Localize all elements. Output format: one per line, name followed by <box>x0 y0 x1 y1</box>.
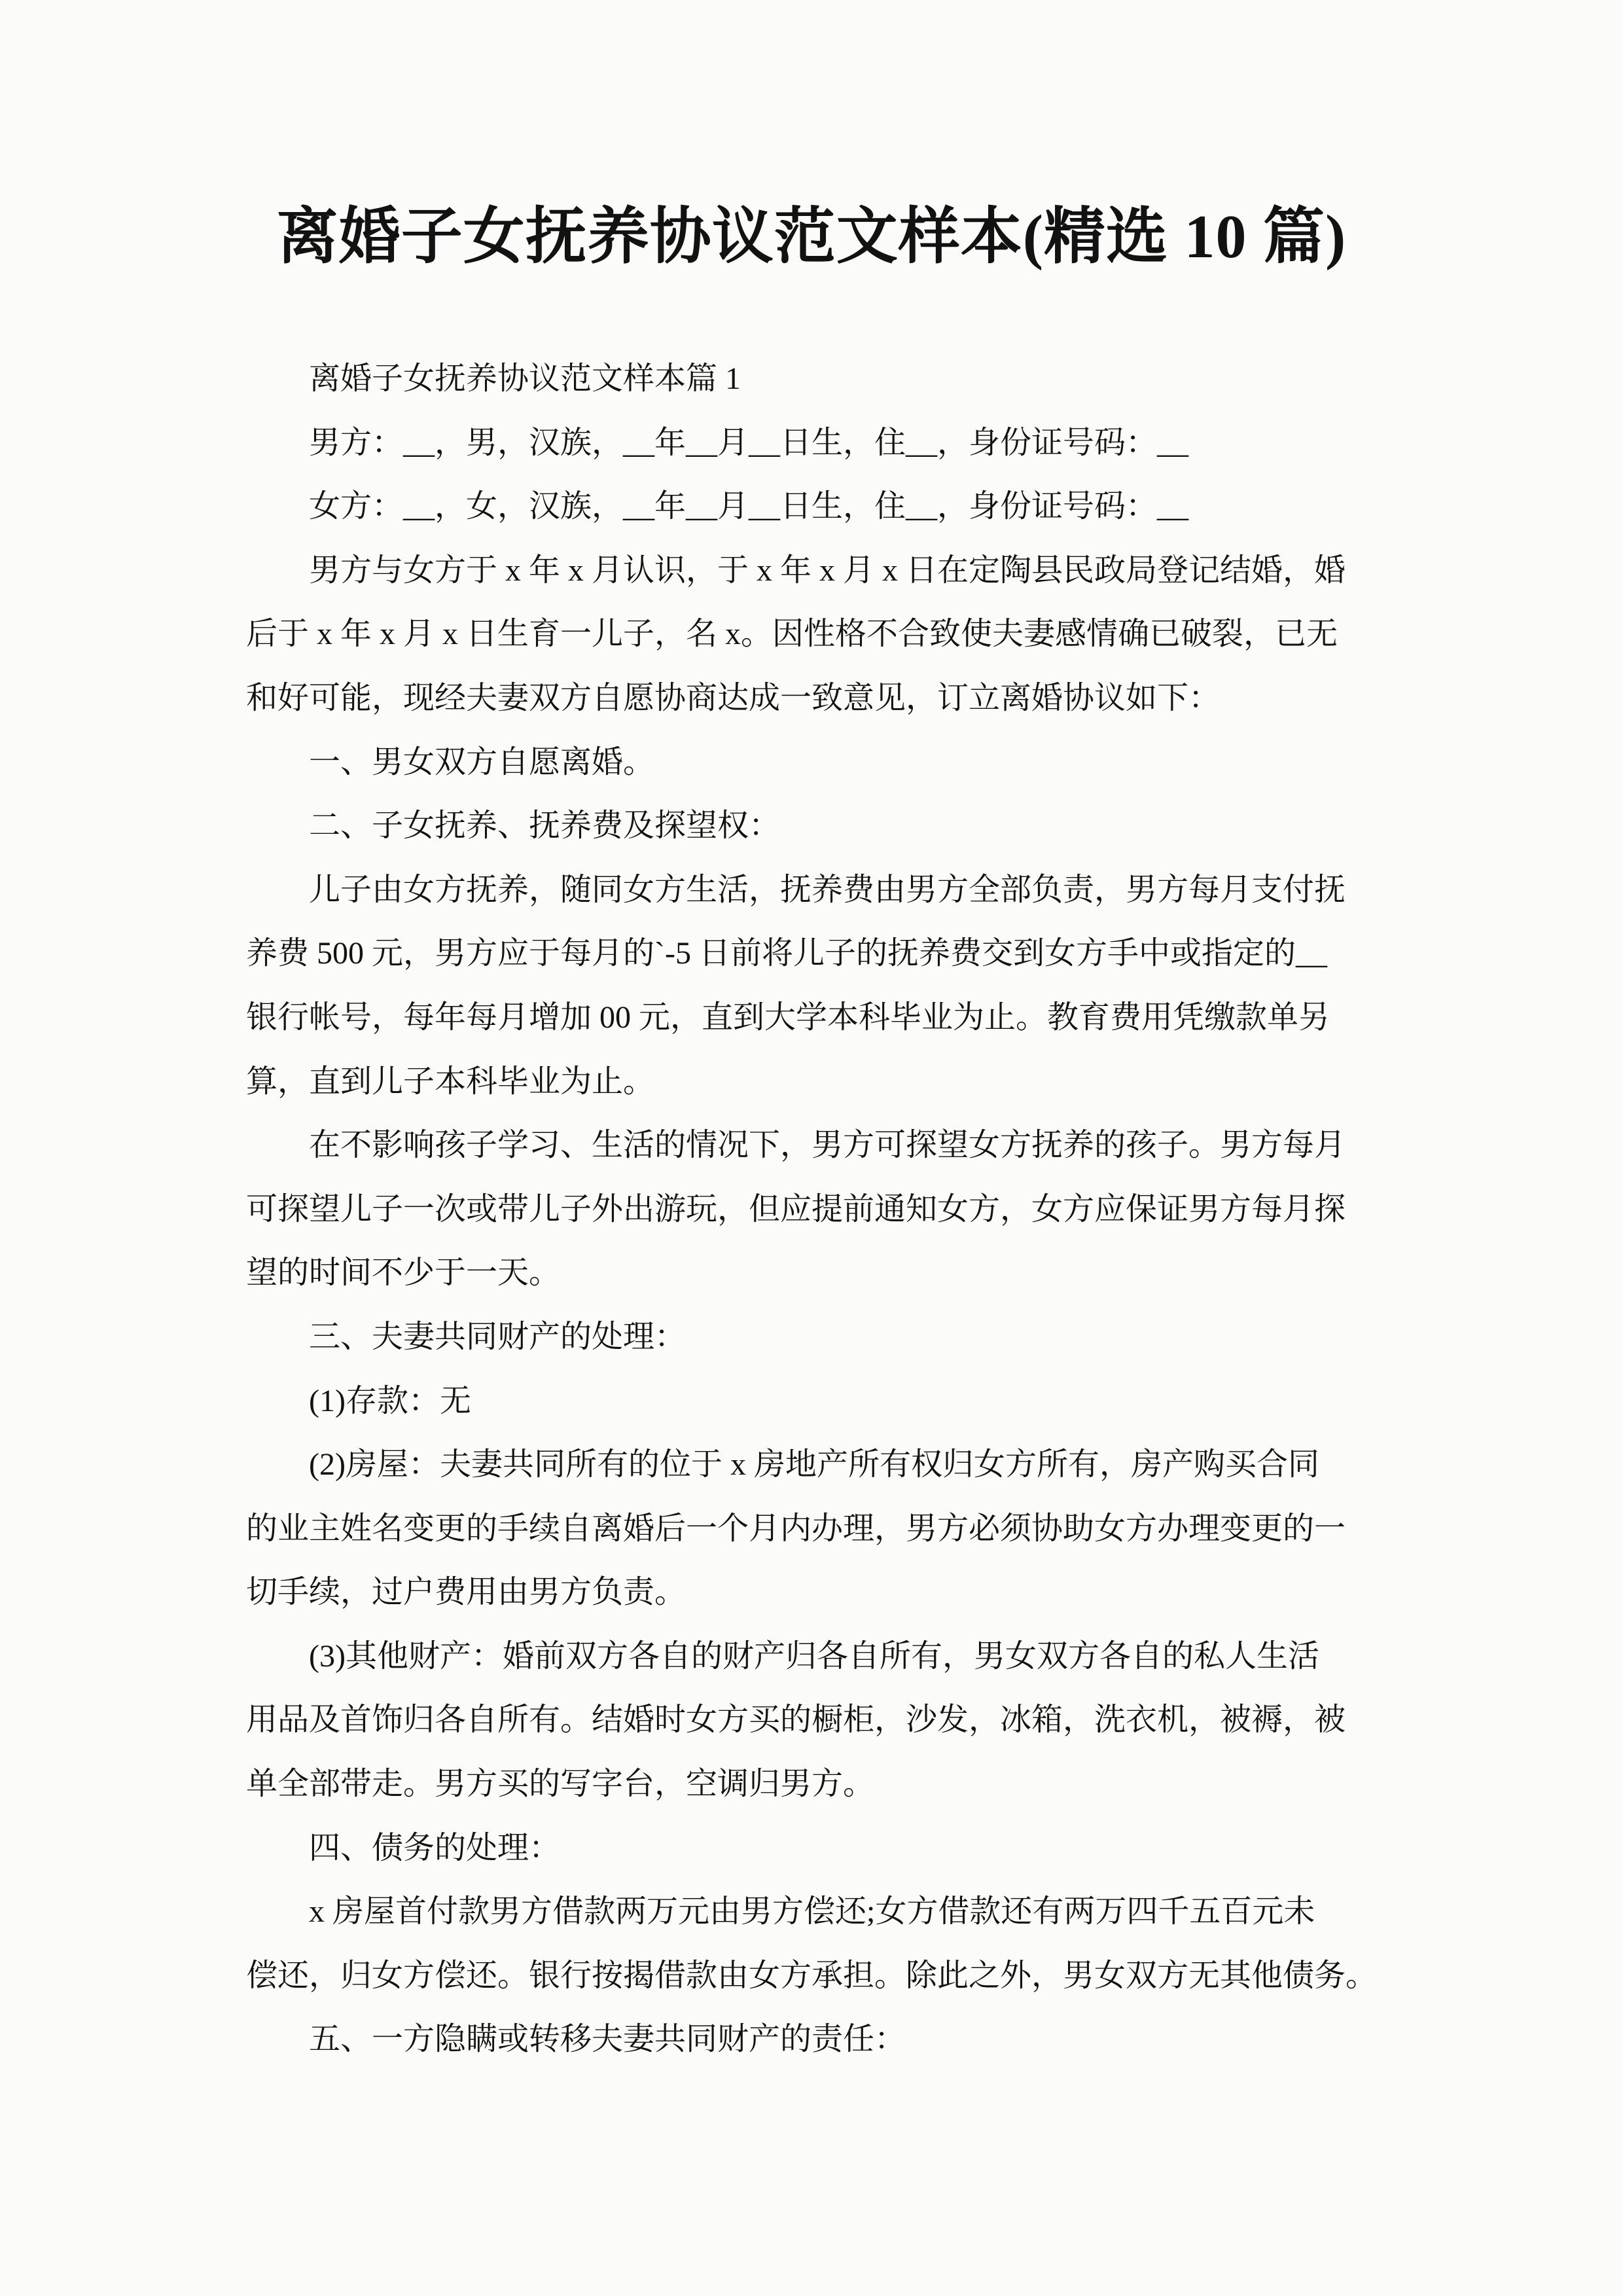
text-line: 望的时间不少于一天。 <box>246 1241 1387 1305</box>
text-line: 离婚子女抚养协议范文样本篇 1 <box>246 347 1387 411</box>
text-line: 五、一方隐瞒或转移夫妻共同财产的责任： <box>246 2007 1387 2072</box>
text-line: (3)其他财产：婚前双方各自的财产归各自所有，男女双方各自的私人生活 <box>246 1624 1387 1689</box>
text-line: 三、夫妻共同财产的处理： <box>246 1305 1387 1369</box>
text-line: 养费 500 元，男方应于每月的`-5 日前将儿子的抚养费交到女方手中或指定的_… <box>246 922 1387 986</box>
text-line: 在不影响孩子学习、生活的情况下，男方可探望女方抚养的孩子。男方每月 <box>246 1113 1387 1177</box>
text-line: 用品及首饰归各自所有。结婚时女方买的橱柜，沙发，冰箱，洗衣机，被褥，被 <box>246 1688 1387 1752</box>
text-line: 儿子由女方抚养，随同女方生活，抚养费由男方全部负责，男方每月支付抚 <box>246 858 1387 922</box>
document-title: 离婚子女抚养协议范文样本(精选 10 篇) <box>0 194 1623 279</box>
text-line: (2)房屋：夫妻共同所有的位于 x 房地产所有权归女方所有，房产购买合同 <box>246 1433 1387 1497</box>
text-line: x 房屋首付款男方借款两万元由男方偿还;女方借款还有两万四千五百元未 <box>246 1880 1387 1944</box>
text-line: 女方：__，女，汉族，__年__月__日生，住__，身份证号码：__ <box>246 475 1387 539</box>
text-line: 偿还，归女方偿还。银行按揭借款由女方承担。除此之外，男女双方无其他债务。 <box>246 1944 1387 2008</box>
text-line: 切手续，过户费用由男方负责。 <box>246 1560 1387 1624</box>
document-page: 离婚子女抚养协议范文样本(精选 10 篇) 离婚子女抚养协议范文样本篇 1男方：… <box>0 0 1623 2296</box>
text-line: 男方：__，男，汉族，__年__月__日生，住__，身份证号码：__ <box>246 411 1387 475</box>
text-line: 可探望儿子一次或带儿子外出游玩，但应提前通知女方，女方应保证男方每月探 <box>246 1177 1387 1242</box>
text-line: 后于 x 年 x 月 x 日生育一儿子，名 x。因性格不合致使夫妻感情确已破裂，… <box>246 602 1387 666</box>
text-line: 男方与女方于 x 年 x 月认识，于 x 年 x 月 x 日在定陶县民政局登记结… <box>246 539 1387 603</box>
text-line: 和好可能，现经夫妻双方自愿协商达成一致意见，订立离婚协议如下： <box>246 666 1387 730</box>
text-line: 的业主姓名变更的手续自离婚后一个月内办理，男方必须协助女方办理变更的一 <box>246 1497 1387 1561</box>
text-line: 四、债务的处理： <box>246 1816 1387 1880</box>
document-body: 离婚子女抚养协议范文样本篇 1男方：__，男，汉族，__年__月__日生，住__… <box>246 347 1387 2072</box>
text-line: 银行帐号，每年每月增加 00 元，直到大学本科毕业为止。教育费用凭缴款单另 <box>246 986 1387 1050</box>
text-line: 单全部带走。男方买的写字台，空调归男方。 <box>246 1752 1387 1816</box>
text-line: 算，直到儿子本科毕业为止。 <box>246 1050 1387 1114</box>
text-line: 一、男女双方自愿离婚。 <box>246 730 1387 795</box>
text-line: 二、子女抚养、抚养费及探望权： <box>246 794 1387 858</box>
text-line: (1)存款：无 <box>246 1369 1387 1433</box>
